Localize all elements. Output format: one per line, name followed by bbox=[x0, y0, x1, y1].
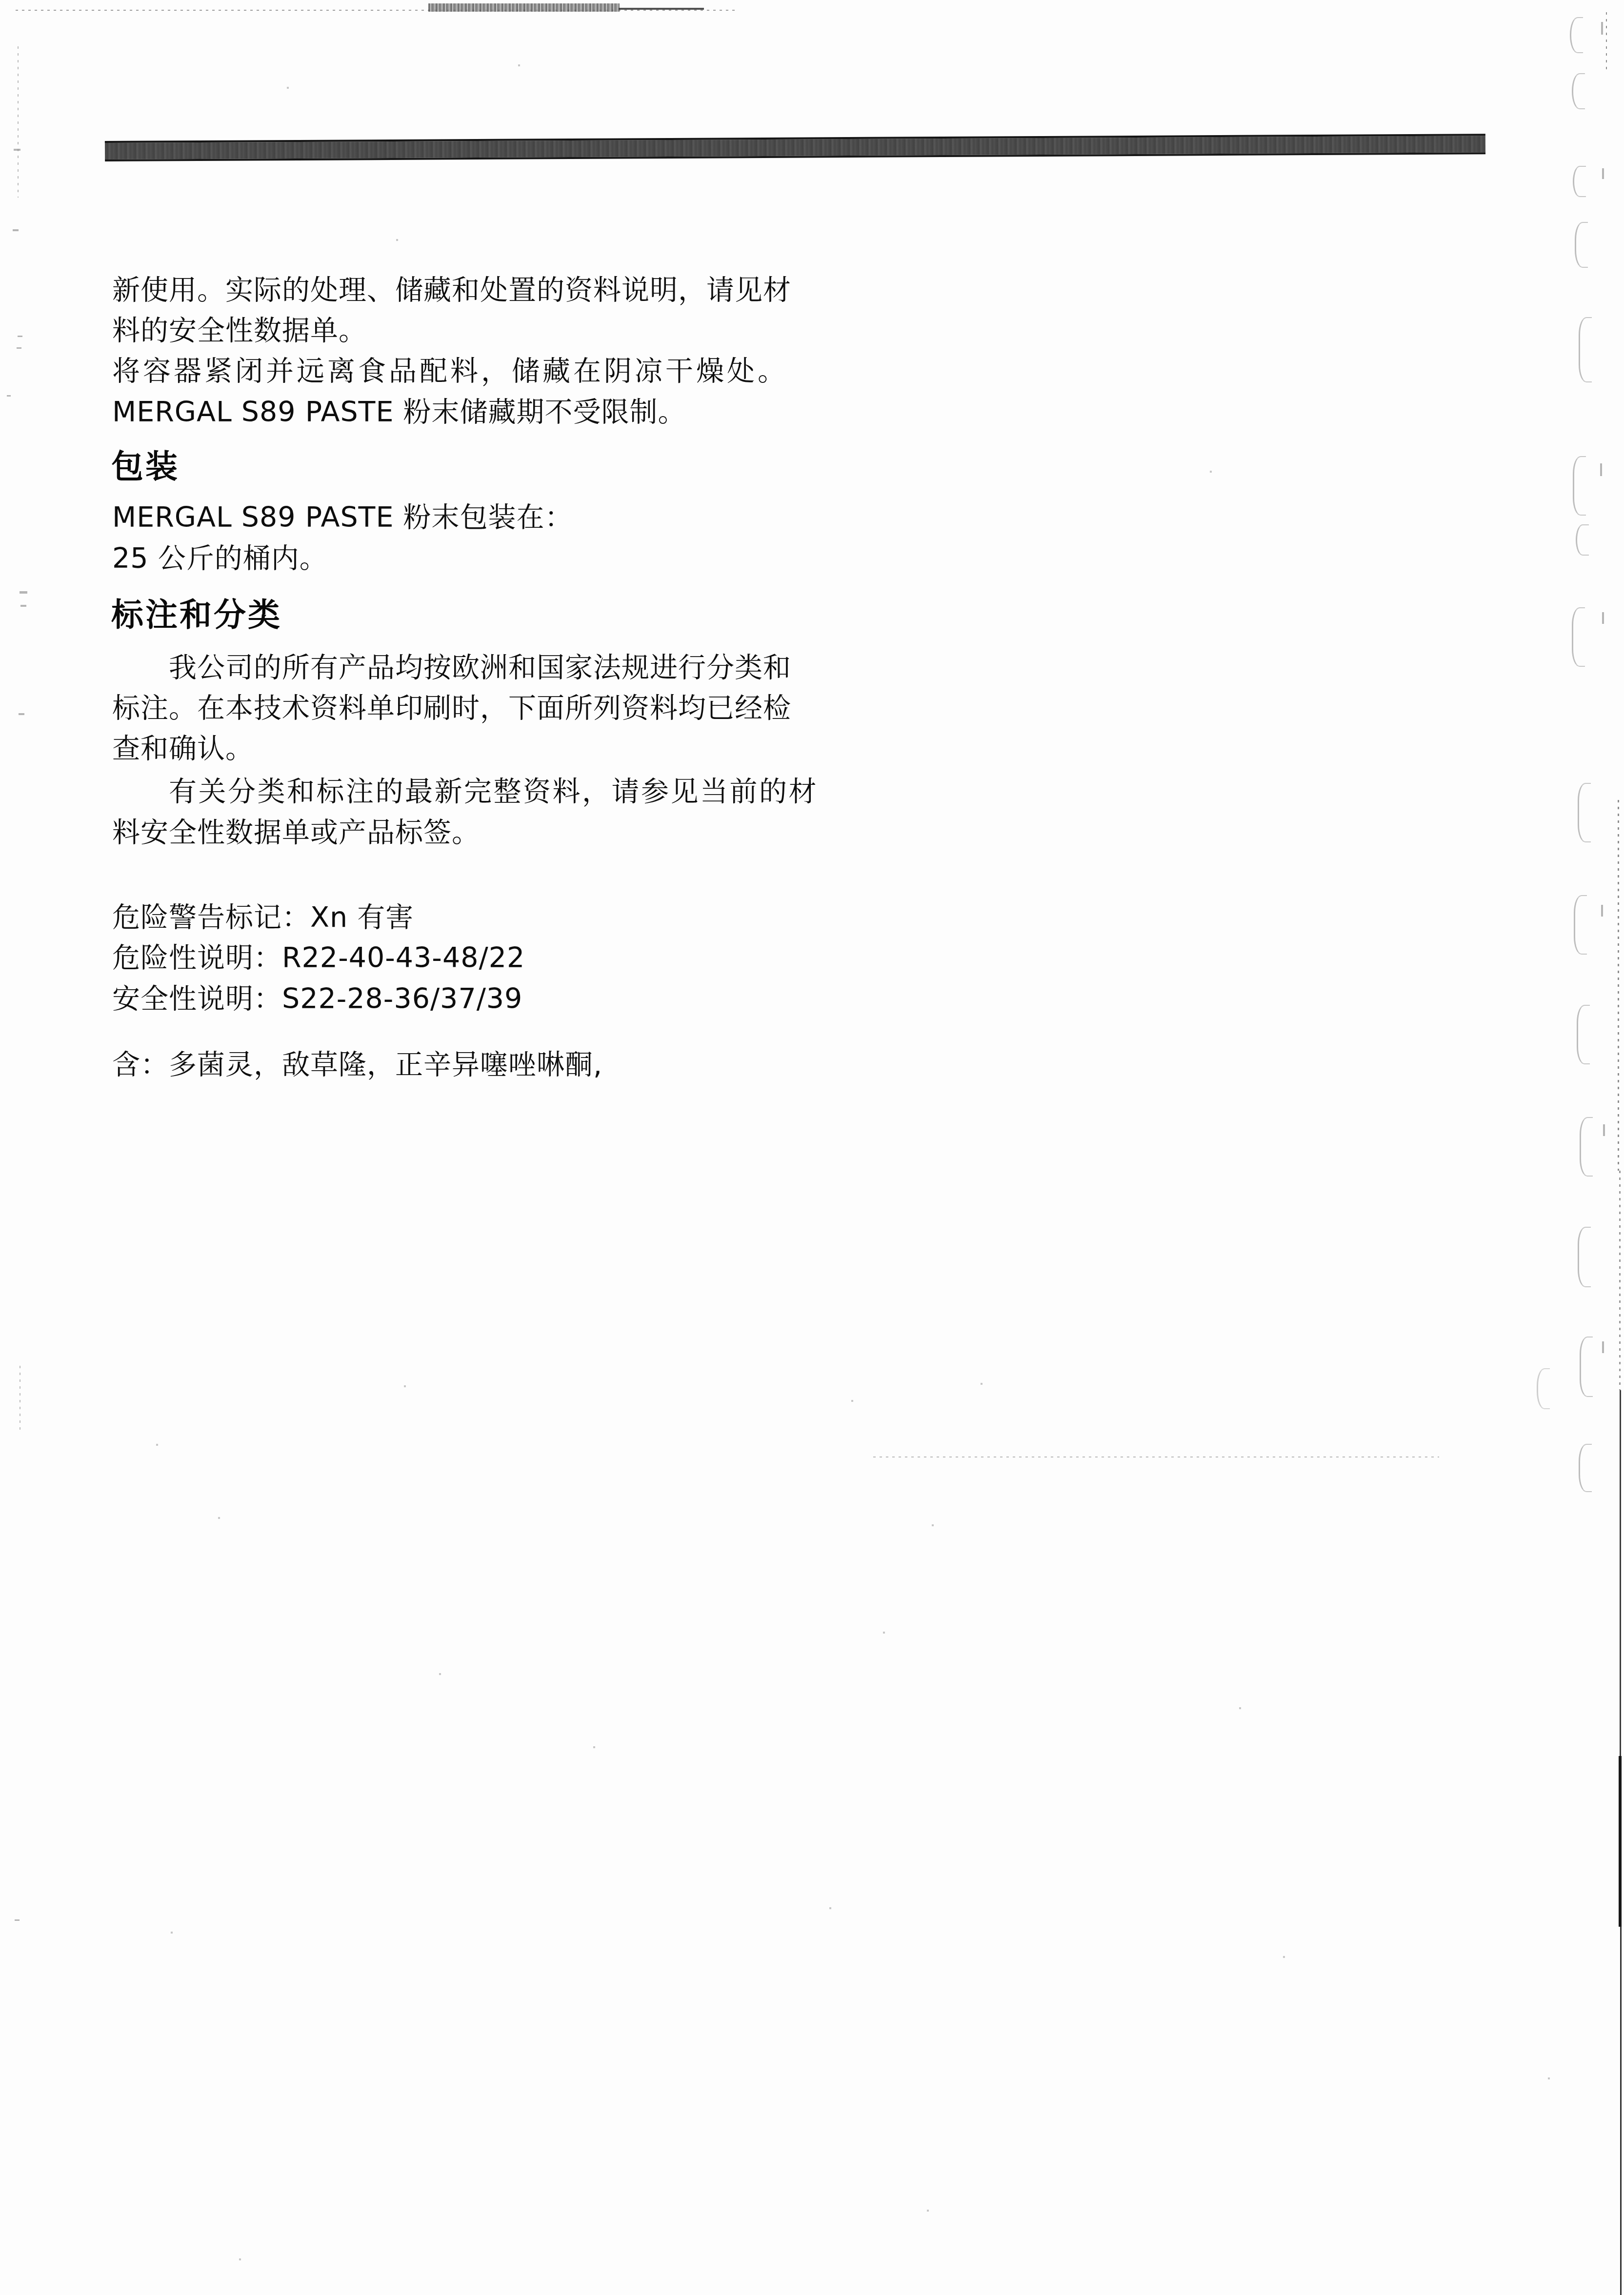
classification-para2-line2: 料安全性数据单或产品标签。 bbox=[112, 817, 480, 849]
scan-artifact-bracket bbox=[1578, 783, 1591, 842]
scan-dot bbox=[883, 1632, 885, 1634]
scan-artifact-bracket bbox=[1573, 166, 1586, 197]
scan-speck bbox=[1600, 463, 1602, 476]
scan-speck bbox=[1601, 905, 1603, 917]
scan-artifact-bracket bbox=[1579, 1444, 1592, 1492]
storage-line-1: 新使用。实际的处理、储藏和处置的资料说明，请见材 bbox=[112, 274, 791, 306]
scan-dot bbox=[287, 87, 289, 89]
classification-heading: 标注和分类 bbox=[111, 596, 282, 634]
scan-artifact-bracket bbox=[1578, 1227, 1591, 1287]
scan-dot bbox=[1210, 471, 1212, 473]
scan-dot bbox=[1283, 1956, 1285, 1958]
scan-speck bbox=[17, 347, 21, 349]
scan-artifact-bracket bbox=[1576, 524, 1589, 556]
scan-dot bbox=[156, 1444, 158, 1446]
scanned-document-page: 新使用。实际的处理、储藏和处置的资料说明，请见材 料的安全性数据单。 将容器紧闭… bbox=[0, 0, 1624, 2295]
scan-dot bbox=[1239, 1707, 1241, 1709]
scan-edge-line-dashed bbox=[1618, 800, 1619, 1171]
scan-noise-top-line bbox=[16, 10, 738, 11]
scan-dot bbox=[439, 1673, 441, 1675]
scan-speck bbox=[1602, 612, 1604, 624]
safety-phrases-line: 安全性说明：S22-28-36/37/39 bbox=[112, 983, 522, 1015]
packaging-line-1: MERGAL S89 PASTE 粉末包装在： bbox=[112, 501, 573, 534]
scan-speck bbox=[20, 591, 27, 594]
scan-artifact-bracket bbox=[1572, 73, 1585, 109]
scan-dot bbox=[171, 1932, 173, 1934]
storage-line-3: 将容器紧闭并远离食品配料，储藏在阴凉干燥处。 bbox=[112, 355, 788, 387]
scan-dot bbox=[404, 1385, 406, 1387]
scan-speck bbox=[1602, 168, 1604, 179]
scan-artifact-bracket bbox=[1572, 607, 1585, 667]
scan-artifact-bracket bbox=[1537, 1368, 1550, 1409]
contains-line: 含：多菌灵，敌草隆，正辛异噻唑啉酮, bbox=[112, 1049, 602, 1081]
scan-noise-top-dash bbox=[619, 8, 704, 10]
risk-phrases-line: 危险性说明：R22-40-43-48/22 bbox=[112, 942, 525, 974]
scan-noise-top-smudge bbox=[428, 3, 620, 12]
scan-artifact-bracket bbox=[1575, 222, 1588, 268]
scan-dot bbox=[981, 1383, 982, 1385]
storage-line-4: MERGAL S89 PASTE 粉末储藏期不受限制。 bbox=[112, 396, 686, 428]
hazard-mark-line: 危险警告标记：Xn 有害 bbox=[112, 901, 414, 934]
scan-noise-dotted-line bbox=[873, 1457, 1439, 1457]
scan-edge-line-thick bbox=[1619, 1756, 1622, 1927]
scan-artifact-bracket bbox=[1580, 1117, 1593, 1177]
scan-noise-right-top bbox=[1606, 12, 1607, 70]
scan-speck bbox=[7, 395, 11, 397]
scan-dot bbox=[851, 1400, 853, 1402]
scan-artifact-bracket bbox=[1574, 895, 1587, 955]
scan-speck bbox=[15, 1919, 20, 1921]
scan-artifact-bracket bbox=[1570, 17, 1583, 53]
packaging-line-2: 25 公斤的桶内。 bbox=[112, 542, 328, 575]
scan-speck bbox=[1602, 1341, 1604, 1353]
scan-noise-left-lower bbox=[20, 1366, 20, 1432]
scan-dot bbox=[829, 1907, 831, 1909]
scan-speck bbox=[1601, 22, 1603, 35]
scan-artifact-bracket bbox=[1577, 1005, 1590, 1064]
scan-dot bbox=[396, 239, 398, 241]
scan-speck bbox=[18, 336, 22, 337]
classification-para1-line1: 我公司的所有产品均按欧洲和国家法规进行分类和 bbox=[169, 652, 791, 684]
scan-speck bbox=[20, 605, 26, 607]
scan-edge-line-dashed bbox=[1619, 1171, 1621, 1390]
scan-speck bbox=[13, 229, 19, 231]
packaging-heading: 包装 bbox=[111, 448, 180, 486]
scan-dot bbox=[518, 64, 520, 66]
scan-speck bbox=[14, 149, 20, 151]
scan-edge-line bbox=[1620, 1927, 1622, 2295]
scan-artifact-bracket bbox=[1579, 317, 1592, 382]
scan-dot bbox=[932, 1524, 934, 1526]
scan-dot bbox=[1548, 2077, 1550, 2079]
storage-line-2: 料的安全性数据单。 bbox=[112, 315, 367, 347]
scan-dot bbox=[593, 1746, 595, 1748]
scan-speck bbox=[1603, 1124, 1605, 1136]
scan-speck bbox=[19, 713, 24, 715]
scan-dot bbox=[927, 2210, 929, 2212]
scan-edge-line bbox=[1620, 1390, 1621, 1756]
scan-dot bbox=[218, 1517, 220, 1519]
separator-bar bbox=[105, 134, 1485, 161]
classification-para1-line3: 查和确认。 bbox=[112, 733, 254, 765]
classification-para1-line2: 标注。在本技术资料单印刷时，下面所列资料均已经检 bbox=[112, 692, 791, 724]
scan-noise-left-top bbox=[18, 46, 19, 198]
classification-para2-line1: 有关分类和标注的最新完整资料，请参见当前的材 bbox=[169, 776, 818, 808]
scan-dot bbox=[239, 2258, 241, 2260]
scan-artifact-bracket bbox=[1580, 1337, 1593, 1397]
scan-artifact-bracket bbox=[1573, 456, 1586, 516]
